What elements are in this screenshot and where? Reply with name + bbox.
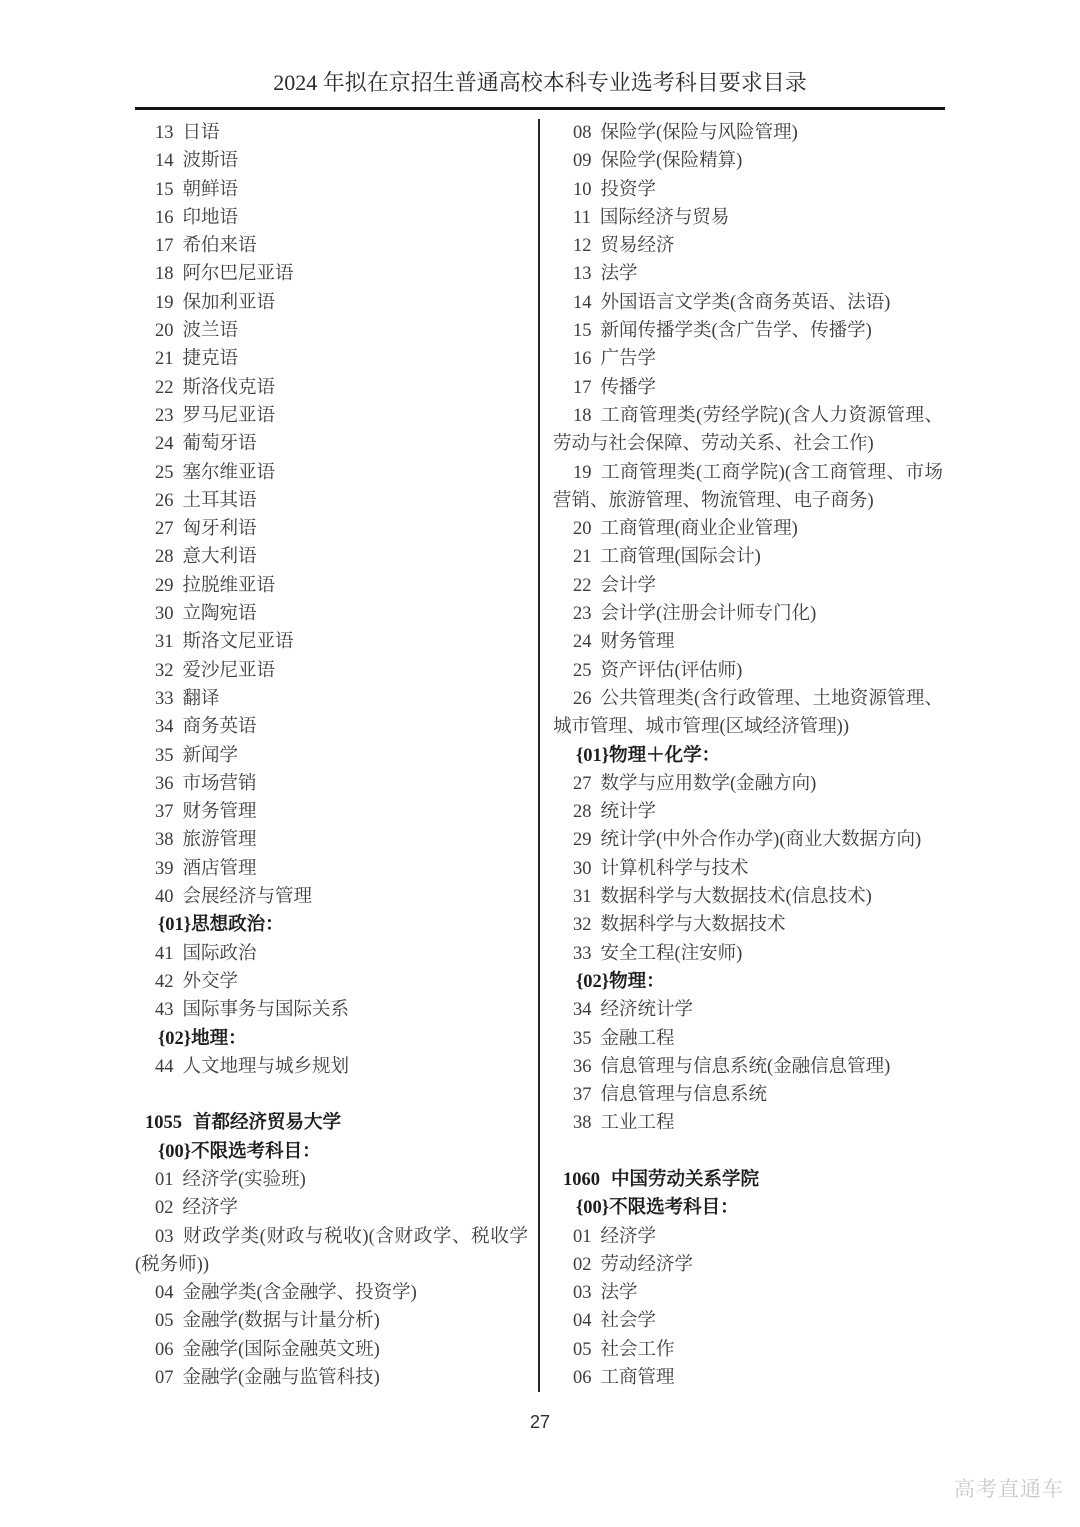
- item-number: 33: [155, 689, 174, 709]
- item-number: 32: [155, 661, 174, 681]
- item-number: 31: [573, 887, 592, 907]
- item-text: 社会学: [601, 1311, 657, 1331]
- item-text: 数学与应用数学(金融方向): [601, 774, 817, 794]
- item-number: 34: [573, 1000, 592, 1020]
- item-text: 保险学(保险与风险管理): [601, 123, 798, 143]
- item-number: 36: [155, 774, 174, 794]
- major-item: 43国际事务与国际关系: [135, 996, 528, 1024]
- item-number: 22: [573, 576, 592, 596]
- major-item: 18阿尔巴尼亚语: [135, 260, 528, 288]
- item-text: 统计学: [601, 802, 657, 822]
- major-item: 13日语: [135, 119, 528, 147]
- major-item: 02劳动经济学: [553, 1251, 943, 1279]
- item-text: 国际政治: [183, 944, 257, 964]
- major-item: 09保险学(保险精算): [553, 147, 943, 175]
- subject-requirement-header: {01}思想政治：: [135, 911, 528, 939]
- item-number: 29: [155, 576, 174, 596]
- item-text: 财务管理: [183, 802, 257, 822]
- major-item: 15新闻传播学类(含广告学、传播学): [553, 317, 943, 345]
- item-text: 安全工程(注安师): [601, 944, 743, 964]
- item-text: 国际经济与贸易: [600, 208, 730, 228]
- item-text: 传播学: [601, 378, 657, 398]
- item-text: 法学: [601, 1283, 638, 1303]
- header-rule: [135, 107, 945, 110]
- item-text: 工商管理类(劳经学院)(含人力资源管理、劳动与社会保障、劳动关系、社会工作): [553, 406, 943, 454]
- item-number: 31: [155, 632, 174, 652]
- major-item: 30立陶宛语: [135, 600, 528, 628]
- major-item: 02经济学: [135, 1194, 528, 1222]
- item-number: 38: [155, 830, 174, 850]
- item-text: 工商管理(国际会计): [601, 547, 761, 567]
- item-number: 35: [155, 746, 174, 766]
- major-item: 22会计学: [553, 572, 943, 600]
- item-text: 经济学(实验班): [183, 1170, 306, 1190]
- item-number: 24: [573, 632, 592, 652]
- item-number: 21: [573, 547, 592, 567]
- major-item: 30计算机科学与技术: [553, 855, 943, 883]
- item-number: 21: [155, 349, 174, 369]
- item-number: 05: [155, 1311, 174, 1331]
- major-item: 19工商管理类(工商学院)(含工商管理、市场营销、旅游管理、物流管理、电子商务): [553, 459, 943, 516]
- major-item: 37信息管理与信息系统: [553, 1081, 943, 1109]
- item-number: 34: [155, 717, 174, 737]
- item-number: 27: [573, 774, 592, 794]
- item-number: 26: [573, 689, 592, 709]
- major-item: 13法学: [553, 260, 943, 288]
- subject-requirement-header: {02}地理：: [135, 1025, 528, 1053]
- item-text: 罗马尼亚语: [183, 406, 276, 426]
- item-text: 金融学(金融与监管科技): [183, 1368, 380, 1388]
- major-item: 05社会工作: [553, 1336, 943, 1364]
- major-item: 08保险学(保险与风险管理): [553, 119, 943, 147]
- item-text: 贸易经济: [601, 236, 675, 256]
- item-number: 09: [573, 151, 592, 171]
- major-item: 24葡萄牙语: [135, 430, 528, 458]
- major-item: 27匈牙利语: [135, 515, 528, 543]
- major-item: 01经济学(实验班): [135, 1166, 528, 1194]
- item-text: 金融学(国际金融英文班): [183, 1340, 380, 1360]
- major-item: 31数据科学与大数据技术(信息技术): [553, 883, 943, 911]
- item-text: 阿尔巴尼亚语: [183, 264, 294, 284]
- major-item: 38工业工程: [553, 1109, 943, 1137]
- university-header: 1055首都经济贸易大学: [135, 1109, 528, 1137]
- item-text: 经济统计学: [601, 1000, 694, 1020]
- item-number: 05: [573, 1340, 592, 1360]
- major-item: 28意大利语: [135, 543, 528, 571]
- item-number: 13: [573, 264, 592, 284]
- major-item: 28统计学: [553, 798, 943, 826]
- major-item: 06工商管理: [553, 1364, 943, 1392]
- major-item: 29拉脱维亚语: [135, 572, 528, 600]
- university-header: 1060中国劳动关系学院: [553, 1166, 943, 1194]
- major-item: 25塞尔维亚语: [135, 459, 528, 487]
- item-text: 广告学: [601, 349, 657, 369]
- item-text: 土耳其语: [183, 491, 257, 511]
- major-item: 22斯洛伐克语: [135, 374, 528, 402]
- left-column: 13日语14波斯语15朝鲜语16印地语17希伯来语18阿尔巴尼亚语19保加利亚语…: [135, 119, 538, 1392]
- item-text: 金融学(数据与计量分析): [183, 1311, 380, 1331]
- item-number: 01: [155, 1170, 174, 1190]
- major-item: 37财务管理: [135, 798, 528, 826]
- item-text: 匈牙利语: [183, 519, 257, 539]
- item-number: 17: [573, 378, 592, 398]
- item-number: 04: [573, 1311, 592, 1331]
- item-number: 28: [155, 547, 174, 567]
- item-text: 新闻传播学类(含广告学、传播学): [601, 321, 872, 341]
- item-number: 39: [155, 859, 174, 879]
- item-text: 波兰语: [183, 321, 239, 341]
- item-text: 新闻学: [183, 746, 239, 766]
- right-column: 08保险学(保险与风险管理)09保险学(保险精算)10投资学11国际经济与贸易1…: [540, 119, 943, 1392]
- item-number: 17: [155, 236, 174, 256]
- major-item: 42外交学: [135, 968, 528, 996]
- major-item: 04金融学类(含金融学、投资学): [135, 1279, 528, 1307]
- item-text: 商务英语: [183, 717, 257, 737]
- item-text: 会计学(注册会计师专门化): [601, 604, 817, 624]
- subject-requirement-header: {01}物理＋化学：: [553, 742, 943, 770]
- item-number: 22: [155, 378, 174, 398]
- item-text: 旅游管理: [183, 830, 257, 850]
- item-number: 19: [573, 463, 592, 483]
- item-text: 国际事务与国际关系: [183, 1000, 350, 1020]
- major-item: 38旅游管理: [135, 826, 528, 854]
- major-item: 32数据科学与大数据技术: [553, 911, 943, 939]
- item-text: 斯洛伐克语: [183, 378, 276, 398]
- subject-requirement-header: {00}不限选考科目：: [135, 1138, 528, 1166]
- item-text: 数据科学与大数据技术: [601, 915, 786, 935]
- item-text: 公共管理类(含行政管理、土地资源管理、城市管理、城市管理(区域经济管理)): [553, 689, 943, 737]
- item-number: 04: [155, 1283, 174, 1303]
- major-item: 05金融学(数据与计量分析): [135, 1307, 528, 1335]
- major-item: 27数学与应用数学(金融方向): [553, 770, 943, 798]
- item-text: 经济学: [183, 1198, 239, 1218]
- major-item: 14外国语言文学类(含商务英语、法语): [553, 289, 943, 317]
- blank-line: [553, 1138, 943, 1166]
- item-text: 投资学: [601, 180, 657, 200]
- item-text: 金融学类(含金融学、投资学): [183, 1283, 417, 1303]
- item-number: 06: [573, 1368, 592, 1388]
- item-number: 30: [155, 604, 174, 624]
- two-column-body: 13日语14波斯语15朝鲜语16印地语17希伯来语18阿尔巴尼亚语19保加利亚语…: [135, 119, 945, 1392]
- item-number: 43: [155, 1000, 174, 1020]
- major-item: 10投资学: [553, 176, 943, 204]
- item-text: 会计学: [601, 576, 657, 596]
- item-number: 18: [155, 264, 174, 284]
- item-text: 财务管理: [601, 632, 675, 652]
- major-item: 35金融工程: [553, 1025, 943, 1053]
- item-number: 20: [573, 519, 592, 539]
- item-number: 13: [155, 123, 174, 143]
- item-text: 社会工作: [601, 1340, 675, 1360]
- major-item: 17希伯来语: [135, 232, 528, 260]
- item-number: 38: [573, 1113, 592, 1133]
- item-text: 市场营销: [183, 774, 257, 794]
- item-text: 工商管理类(工商学院)(含工商管理、市场营销、旅游管理、物流管理、电子商务): [553, 463, 943, 511]
- item-text: 劳动经济学: [601, 1255, 694, 1275]
- item-number: 06: [155, 1340, 174, 1360]
- item-number: 10: [573, 180, 592, 200]
- item-number: 37: [573, 1085, 592, 1105]
- major-item: 23会计学(注册会计师专门化): [553, 600, 943, 628]
- item-number: 37: [155, 802, 174, 822]
- major-item: 11国际经济与贸易: [553, 204, 943, 232]
- item-text: 塞尔维亚语: [183, 463, 276, 483]
- item-text: 经济学: [601, 1227, 657, 1247]
- item-text: 人文地理与城乡规划: [183, 1057, 350, 1077]
- item-text: 财政学类(财政与税收)(含财政学、税收学(税务师)): [135, 1227, 528, 1275]
- item-text: 爱沙尼亚语: [183, 661, 276, 681]
- item-text: 拉脱维亚语: [183, 576, 276, 596]
- item-number: 14: [573, 293, 592, 313]
- major-item: 25资产评估(评估师): [553, 657, 943, 685]
- item-number: 11: [573, 208, 591, 228]
- item-number: 12: [573, 236, 592, 256]
- item-number: 07: [155, 1368, 174, 1388]
- item-number: 08: [573, 123, 592, 143]
- item-number: 29: [573, 830, 592, 850]
- item-number: 16: [573, 349, 592, 369]
- item-text: 葡萄牙语: [183, 434, 257, 454]
- subject-requirement-header: {00}不限选考科目：: [553, 1194, 943, 1222]
- major-item: 12贸易经济: [553, 232, 943, 260]
- item-text: 朝鲜语: [183, 180, 239, 200]
- item-number: 25: [155, 463, 174, 483]
- page-number: 27: [135, 1412, 945, 1433]
- major-item: 04社会学: [553, 1307, 943, 1335]
- major-item: 26土耳其语: [135, 487, 528, 515]
- item-text: 中国劳动关系学院: [611, 1170, 759, 1190]
- item-number: 33: [573, 944, 592, 964]
- item-number: 30: [573, 859, 592, 879]
- item-text: 保险学(保险精算): [601, 151, 743, 171]
- item-text: 工业工程: [601, 1113, 675, 1133]
- item-text: 金融工程: [601, 1029, 675, 1049]
- major-item: 36市场营销: [135, 770, 528, 798]
- item-text: 日语: [183, 123, 220, 143]
- page-title: 2024 年拟在京招生普通高校本科专业选考科目要求目录: [135, 63, 945, 103]
- item-text: 斯洛文尼亚语: [183, 632, 294, 652]
- major-item: 06金融学(国际金融英文班): [135, 1336, 528, 1364]
- item-text: 计算机科学与技术: [601, 859, 749, 879]
- item-text: 法学: [601, 264, 638, 284]
- major-item: 14波斯语: [135, 147, 528, 175]
- major-item: 36信息管理与信息系统(金融信息管理): [553, 1053, 943, 1081]
- item-number: 40: [155, 887, 174, 907]
- item-number: 26: [155, 491, 174, 511]
- item-text: 信息管理与信息系统(金融信息管理): [601, 1057, 891, 1077]
- watermark: 高考直通车: [954, 1473, 1064, 1503]
- item-text: 希伯来语: [183, 236, 257, 256]
- item-number: 23: [155, 406, 174, 426]
- item-number: 41: [155, 944, 174, 964]
- item-number: 1055: [145, 1113, 182, 1133]
- item-text: 首都经济贸易大学: [193, 1113, 341, 1133]
- item-number: 14: [155, 151, 174, 171]
- item-text: 立陶宛语: [183, 604, 257, 624]
- item-number: 1060: [563, 1170, 600, 1190]
- item-text: 捷克语: [183, 349, 239, 369]
- item-text: 印地语: [183, 208, 239, 228]
- major-item: 03财政学类(财政与税收)(含财政学、税收学(税务师)): [135, 1223, 528, 1280]
- major-item: 20波兰语: [135, 317, 528, 345]
- item-number: 03: [155, 1227, 174, 1247]
- item-number: 15: [155, 180, 174, 200]
- item-text: 数据科学与大数据技术(信息技术): [601, 887, 872, 907]
- subject-requirement-header: {02}物理：: [553, 968, 943, 996]
- major-item: 41国际政治: [135, 940, 528, 968]
- item-number: 35: [573, 1029, 592, 1049]
- item-number: 03: [573, 1283, 592, 1303]
- major-item: 32爱沙尼亚语: [135, 657, 528, 685]
- item-text: 波斯语: [183, 151, 239, 171]
- item-number: 36: [573, 1057, 592, 1077]
- major-item: 16广告学: [553, 345, 943, 373]
- major-item: 20工商管理(商业企业管理): [553, 515, 943, 543]
- item-number: 19: [155, 293, 174, 313]
- item-number: 20: [155, 321, 174, 341]
- item-text: 信息管理与信息系统: [601, 1085, 768, 1105]
- item-number: 15: [573, 321, 592, 341]
- item-number: 42: [155, 972, 174, 992]
- major-item: 35新闻学: [135, 742, 528, 770]
- major-item: 31斯洛文尼亚语: [135, 628, 528, 656]
- major-item: 23罗马尼亚语: [135, 402, 528, 430]
- item-number: 02: [155, 1198, 174, 1218]
- item-number: 02: [573, 1255, 592, 1275]
- major-item: 18工商管理类(劳经学院)(含人力资源管理、劳动与社会保障、劳动关系、社会工作): [553, 402, 943, 459]
- item-text: 外国语言文学类(含商务英语、法语): [601, 293, 891, 313]
- item-number: 23: [573, 604, 592, 624]
- major-item: 33翻译: [135, 685, 528, 713]
- major-item: 29统计学(中外合作办学)(商业大数据方向): [553, 826, 943, 854]
- major-item: 07金融学(金融与监管科技): [135, 1364, 528, 1392]
- major-item: 21工商管理(国际会计): [553, 543, 943, 571]
- major-item: 01经济学: [553, 1223, 943, 1251]
- major-item: 15朝鲜语: [135, 176, 528, 204]
- item-text: 保加利亚语: [183, 293, 276, 313]
- item-text: 外交学: [183, 972, 239, 992]
- item-text: 酒店管理: [183, 859, 257, 879]
- major-item: 24财务管理: [553, 628, 943, 656]
- major-item: 26公共管理类(含行政管理、土地资源管理、城市管理、城市管理(区域经济管理)): [553, 685, 943, 742]
- major-item: 39酒店管理: [135, 855, 528, 883]
- item-text: 工商管理: [601, 1368, 675, 1388]
- item-text: 资产评估(评估师): [601, 661, 743, 681]
- item-text: 会展经济与管理: [183, 887, 313, 907]
- item-text: 翻译: [183, 689, 220, 709]
- major-item: 34经济统计学: [553, 996, 943, 1024]
- item-number: 27: [155, 519, 174, 539]
- major-item: 21捷克语: [135, 345, 528, 373]
- major-item: 17传播学: [553, 374, 943, 402]
- item-number: 16: [155, 208, 174, 228]
- major-item: 33安全工程(注安师): [553, 940, 943, 968]
- item-number: 24: [155, 434, 174, 454]
- item-number: 25: [573, 661, 592, 681]
- item-number: 01: [573, 1227, 592, 1247]
- major-item: 03法学: [553, 1279, 943, 1307]
- item-number: 18: [573, 406, 592, 426]
- major-item: 16印地语: [135, 204, 528, 232]
- blank-line: [135, 1081, 528, 1109]
- major-item: 44人文地理与城乡规划: [135, 1053, 528, 1081]
- item-number: 28: [573, 802, 592, 822]
- item-text: 统计学(中外合作办学)(商业大数据方向): [601, 830, 922, 850]
- major-item: 34商务英语: [135, 713, 528, 741]
- item-text: 意大利语: [183, 547, 257, 567]
- item-number: 32: [573, 915, 592, 935]
- major-item: 19保加利亚语: [135, 289, 528, 317]
- content-area: 2024 年拟在京招生普通高校本科专业选考科目要求目录 13日语14波斯语15朝…: [135, 0, 945, 1433]
- item-text: 工商管理(商业企业管理): [601, 519, 798, 539]
- major-item: 40会展经济与管理: [135, 883, 528, 911]
- item-number: 44: [155, 1057, 174, 1077]
